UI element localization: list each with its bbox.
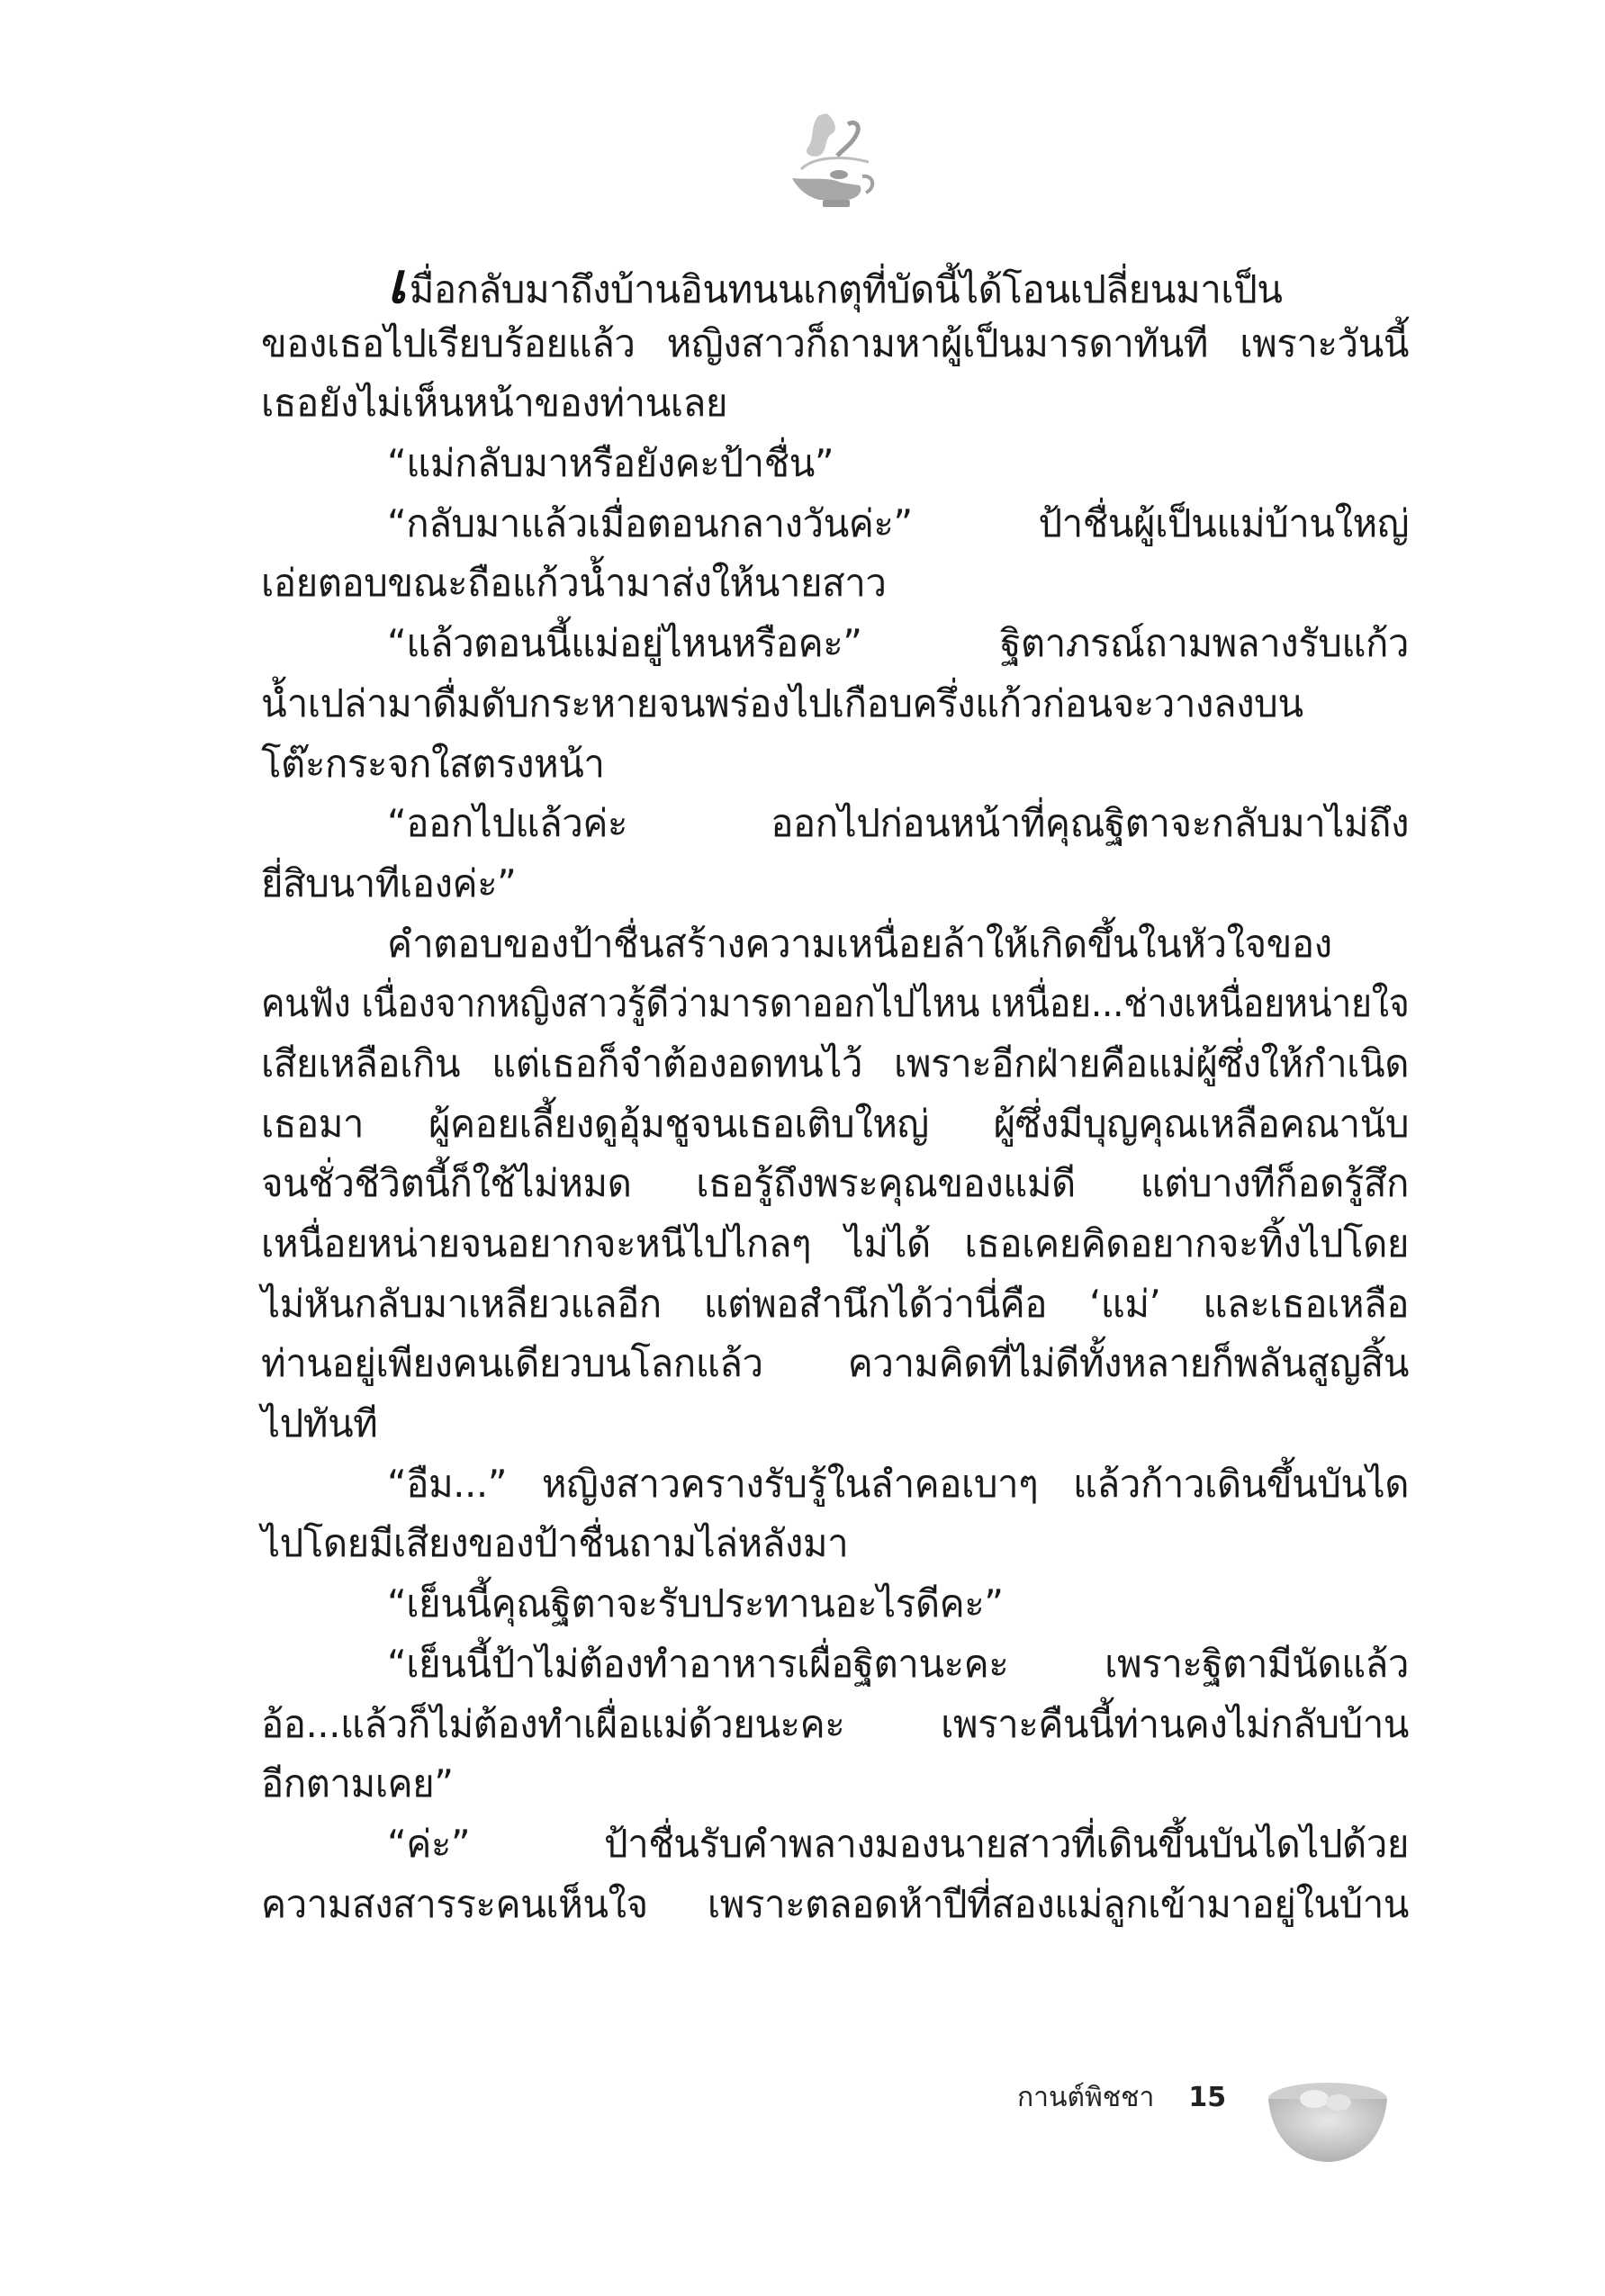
text-line-content: คำตอบของป้าชื่นสร้างความเหนื่อยล้าให้เกิ… [387, 922, 1332, 966]
text-line: ของเธอไปเรียบร้อยแล้ว หญิงสาวก็ถามหาผู้เ… [261, 314, 1409, 374]
text-line: “แล้วตอนนี้แม่อยู่ไหนหรือคะ” ฐิตาภรณ์ถาม… [261, 614, 1409, 674]
text-line-content: เธอมา ผู้คอยเลี้ยงดูอุ้มชูจนเธอเติบใหญ่ … [261, 1102, 1409, 1146]
text-line-content: “อืม...” หญิงสาวครางรับรู้ในลำคอเบาๆ แล้… [387, 1462, 1409, 1506]
text-line-content: โต๊ะกระจกใสตรงหน้า [261, 742, 604, 786]
text-line: “อืม...” หญิงสาวครางรับรู้ในลำคอเบาๆ แล้… [261, 1454, 1409, 1515]
drop-cap: เ [387, 254, 406, 314]
text-line: “ค่ะ” ป้าชื่นรับคำพลางมองนายสาวที่เดินขึ… [261, 1814, 1409, 1875]
text-line: ท่านอยู่เพียงคนเดียวบนโลกแล้ว ความคิดที่… [261, 1334, 1409, 1394]
dessert-bowl-icon [1265, 2079, 1391, 2165]
text-line-content: มื่อกลับมาถึงบ้านอินทนนเกตุที่บัดนี้ได้โ… [410, 267, 1283, 311]
text-line-content: เหนื่อยหน่ายจนอยากจะหนีไปไกลๆ ไม่ได้ เธอ… [261, 1221, 1409, 1265]
teapot-lamp-icon [783, 106, 882, 210]
text-line-content: “ค่ะ” ป้าชื่นรับคำพลางมองนายสาวที่เดินขึ… [387, 1822, 1409, 1866]
text-line-content: ของเธอไปเรียบร้อยแล้ว หญิงสาวก็ถามหาผู้เ… [261, 321, 1409, 365]
text-line: เธอยังไม่เห็นหน้าของท่านเลย [261, 374, 1409, 434]
text-line: คนฟัง เนื่องจากหญิงสาวรู้ดีว่ามารดาออกไป… [261, 974, 1409, 1034]
text-line: “ออกไปแล้วค่ะ ออกไปก่อนหน้าที่คุณฐิตาจะก… [261, 794, 1409, 854]
author-name: กานต์พิชชา [1017, 2076, 1154, 2119]
text-line-content: เธอยังไม่เห็นหน้าของท่านเลย [261, 381, 727, 425]
text-line: ไม่หันกลับมาเหลียวแลอีก แต่พอสำนึกได้ว่า… [261, 1274, 1409, 1335]
text-line-content: ยี่สิบนาทีเองค่ะ” [261, 861, 516, 905]
text-line-content: ไม่หันกลับมาเหลียวแลอีก แต่พอสำนึกได้ว่า… [261, 1282, 1409, 1326]
text-line: “แม่กลับมาหรือยังคะป้าชื่น” [261, 434, 1409, 494]
text-line: ยี่สิบนาทีเองค่ะ” [261, 854, 1409, 914]
text-line-content: อ้อ...แล้วก็ไม่ต้องทำเผื่อแม่ด้วยนะคะ เพ… [261, 1702, 1409, 1746]
page-body: เมื่อกลับมาถึงบ้านอินทนนเกตุที่บัดนี้ได้… [261, 254, 1409, 1934]
text-line-content: “กลับมาแล้วเมื่อตอนกลางวันค่ะ” ป้าชื่นผู… [387, 501, 1409, 545]
text-line-content: “แล้วตอนนี้แม่อยู่ไหนหรือคะ” ฐิตาภรณ์ถาม… [387, 621, 1409, 665]
text-line-content: “เย็นนี้คุณฐิตาจะรับประทานอะไรดีคะ” [387, 1581, 1004, 1625]
text-line: จนชั่วชีวิตนี้ก็ใช้ไม่หมด เธอรู้ถึงพระคุ… [261, 1154, 1409, 1214]
text-line-content: อีกตามเคย” [261, 1761, 454, 1805]
text-line: คำตอบของป้าชื่นสร้างความเหนื่อยล้าให้เกิ… [261, 914, 1409, 975]
page-number: 15 [1188, 2082, 1226, 2113]
text-line-content: น้ำเปล่ามาดื่มดับกระหายจนพร่องไปเกือบครึ… [261, 681, 1303, 725]
text-line: อีกตามเคย” [261, 1754, 1409, 1814]
text-line: “กลับมาแล้วเมื่อตอนกลางวันค่ะ” ป้าชื่นผู… [261, 494, 1409, 554]
text-line-content: ไปโดยมีเสียงของป้าชื่นถามไล่หลังมา [261, 1521, 848, 1565]
text-line: โต๊ะกระจกใสตรงหน้า [261, 734, 1409, 795]
text-line: ความสงสารระคนเห็นใจ เพราะตลอดห้าปีที่สอง… [261, 1875, 1409, 1935]
text-line: เสียเหลือเกิน แต่เธอก็จำต้องอดทนไว้ เพรา… [261, 1034, 1409, 1094]
text-line-content: “เย็นนี้ป้าไม่ต้องทำอาหารเผื่อฐิตานะคะ เ… [387, 1642, 1409, 1686]
text-line: “เย็นนี้ป้าไม่ต้องทำอาหารเผื่อฐิตานะคะ เ… [261, 1634, 1409, 1695]
text-line-content: คนฟัง เนื่องจากหญิงสาวรู้ดีว่ามารดาออกไป… [261, 981, 1409, 1025]
text-line: อ้อ...แล้วก็ไม่ต้องทำเผื่อแม่ด้วยนะคะ เพ… [261, 1695, 1409, 1755]
text-line-content: ความสงสารระคนเห็นใจ เพราะตลอดห้าปีที่สอง… [261, 1882, 1409, 1926]
text-line: น้ำเปล่ามาดื่มดับกระหายจนพร่องไปเกือบครึ… [261, 674, 1409, 734]
text-line-content: “ออกไปแล้วค่ะ ออกไปก่อนหน้าที่คุณฐิตาจะก… [387, 801, 1409, 845]
running-footer: กานต์พิชชา 15 [1017, 2070, 1226, 2124]
text-line-content: ท่านอยู่เพียงคนเดียวบนโลกแล้ว ความคิดที่… [261, 1341, 1409, 1385]
text-line: เมื่อกลับมาถึงบ้านอินทนนเกตุที่บัดนี้ได้… [261, 254, 1409, 314]
text-line-content: เอ่ยตอบขณะถือแก้วน้ำมาส่งให้นายสาว [261, 561, 886, 605]
text-line: “เย็นนี้คุณฐิตาจะรับประทานอะไรดีคะ” [261, 1574, 1409, 1634]
text-line: ไปทันที [261, 1394, 1409, 1454]
text-line-content: จนชั่วชีวิตนี้ก็ใช้ไม่หมด เธอรู้ถึงพระคุ… [261, 1161, 1409, 1205]
text-line-content: เสียเหลือเกิน แต่เธอก็จำต้องอดทนไว้ เพรา… [261, 1041, 1409, 1085]
text-line: ไปโดยมีเสียงของป้าชื่นถามไล่หลังมา [261, 1514, 1409, 1574]
text-line-content: ไปทันที [261, 1401, 377, 1445]
text-line: เอ่ยตอบขณะถือแก้วน้ำมาส่งให้นายสาว [261, 554, 1409, 614]
text-line-content: “แม่กลับมาหรือยังคะป้าชื่น” [387, 441, 834, 485]
text-line: เหนื่อยหน่ายจนอยากจะหนีไปไกลๆ ไม่ได้ เธอ… [261, 1214, 1409, 1274]
text-line: เธอมา ผู้คอยเลี้ยงดูอุ้มชูจนเธอเติบใหญ่ … [261, 1094, 1409, 1155]
